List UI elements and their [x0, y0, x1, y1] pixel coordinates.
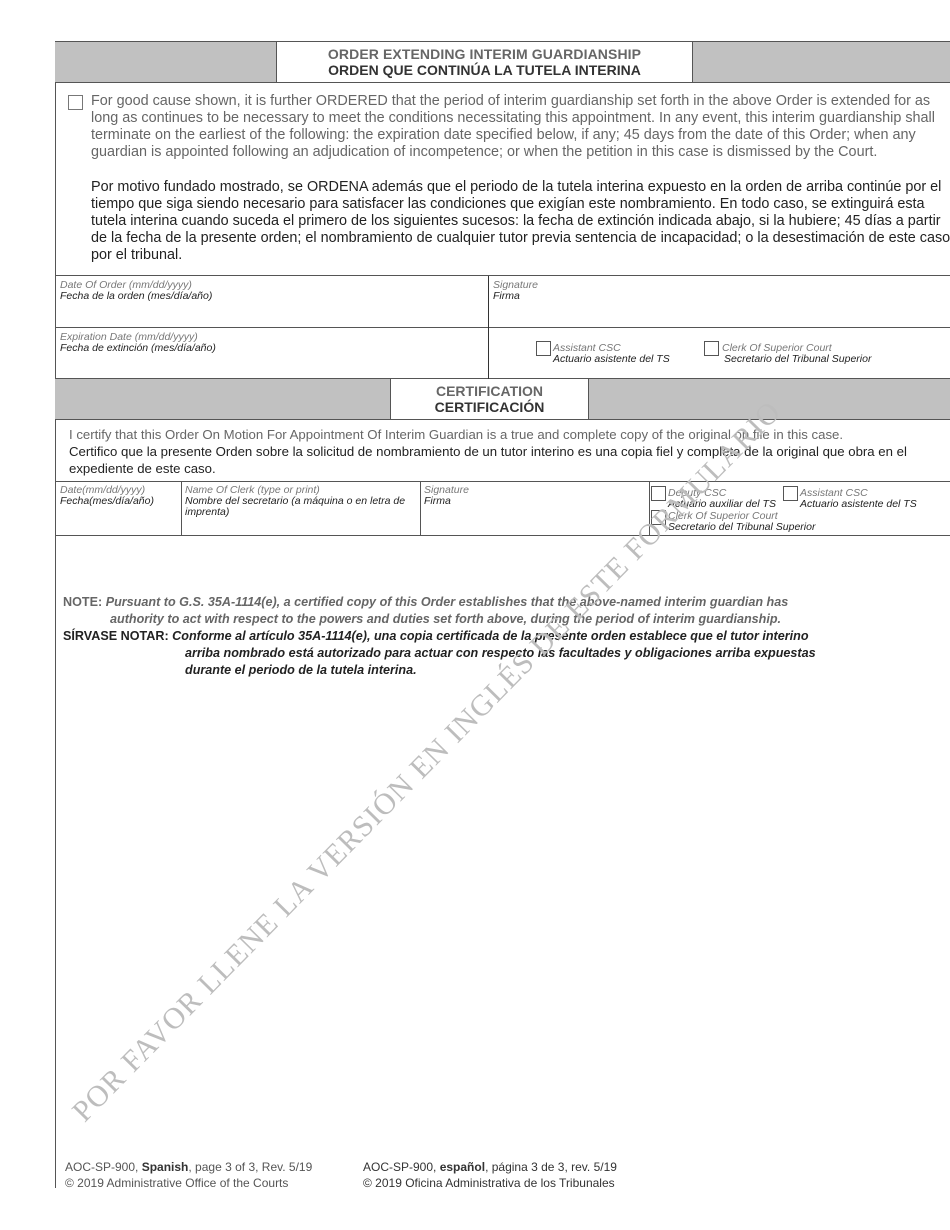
certification-title-bar: CERTIFICATION CERTIFICACIÓN — [55, 379, 950, 420]
certification-signature-field[interactable]: Signature Firma — [424, 485, 646, 533]
footer-copyright-spanish: © 2019 Oficina Administrativa de los Tri… — [363, 1175, 617, 1191]
clerk-superior-court-label: Clerk Of Superior Court Secretario del T… — [722, 343, 871, 365]
clerk-superior-court-label-spanish: Secretario del Tribunal Superior — [722, 354, 871, 365]
cert-divider-1 — [181, 482, 182, 536]
certification-statement-english: I certify that this Order On Motion For … — [69, 426, 939, 443]
certification-statement: I certify that this Order On Motion For … — [69, 426, 939, 477]
cert-assistant-csc-checkbox[interactable] — [783, 486, 798, 501]
footer-form-id-english: AOC-SP-900, Spanish, page 3 of 3, Rev. 5… — [65, 1159, 312, 1175]
order-extension-checkbox[interactable] — [68, 95, 83, 110]
cert-divider-3 — [649, 482, 650, 536]
assistant-csc-checkbox[interactable] — [536, 341, 551, 356]
order-text-english: For good cause shown, it is further ORDE… — [91, 93, 950, 161]
expiration-date-field[interactable]: Expiration Date (mm/dd/yyyy) Fecha de ex… — [60, 332, 216, 354]
cert-clerk-superior-court-label: Clerk Of Superior Court Secretario del T… — [668, 511, 815, 533]
footer-form-id-spanish: AOC-SP-900, español, página 3 de 3, rev.… — [363, 1159, 617, 1175]
note-line2-spanish: arriba nombrado está autorizado para act… — [63, 645, 943, 662]
footer-spanish: AOC-SP-900, español, página 3 de 3, rev.… — [363, 1159, 617, 1191]
assistant-csc-label-spanish: Actuario asistente del TS — [553, 354, 670, 365]
certification-date-label-spanish: Fecha(mes/día/año) — [60, 496, 178, 507]
certification-statement-spanish: Certifico que la presente Orden sobre la… — [69, 443, 939, 477]
order-text-spanish: Por motivo fundado mostrado, se ORDENA a… — [91, 179, 950, 264]
form-title: ORDER EXTENDING INTERIM GUARDIANSHIP ORD… — [276, 42, 693, 82]
certification-title-english: CERTIFICATION — [391, 383, 588, 399]
footer-copyright-english: © 2019 Administrative Office of the Cour… — [65, 1175, 312, 1191]
certification-signature-label-english: Signature — [424, 485, 646, 496]
signature-label-spanish: Firma — [493, 291, 943, 302]
cert-divider-2 — [420, 482, 421, 536]
cert-assistant-csc-label: Assistant CSC Actuario asistente del TS — [800, 488, 917, 510]
form-title-spanish: ORDEN QUE CONTINÚA LA TUTELA INTERINA — [277, 62, 692, 78]
form-title-bar: ORDER EXTENDING INTERIM GUARDIANSHIP ORD… — [55, 41, 950, 83]
form-title-english: ORDER EXTENDING INTERIM GUARDIANSHIP — [277, 46, 692, 62]
certification-date-field[interactable]: Date(mm/dd/yyyy) Fecha(mes/día/año) — [60, 485, 178, 507]
cert-assistant-csc-label-spanish: Actuario asistente del TS — [800, 499, 917, 510]
deputy-csc-label: Deputy CSC Actuario auxiliar del TS — [668, 488, 776, 510]
clerk-name-field[interactable]: Name Of Clerk (type or print) Nombre del… — [185, 485, 419, 518]
certification-title-spanish: CERTIFICACIÓN — [391, 399, 588, 415]
note-line1-spanish: Conforme al artículo 35A-1114(e), una co… — [172, 629, 808, 643]
note-line2-english: authority to act with respect to the pow… — [63, 611, 943, 628]
order-extension-section: For good cause shown, it is further ORDE… — [55, 83, 950, 276]
footer-english: AOC-SP-900, Spanish, page 3 of 3, Rev. 5… — [65, 1159, 312, 1191]
legal-note-spanish: SÍRVASE NOTAR: Conforme al artículo 35A-… — [63, 628, 943, 679]
note-line3-spanish: durante el periodo de la tutela interina… — [63, 662, 943, 679]
cert-clerk-superior-court-checkbox[interactable] — [651, 510, 666, 525]
deputy-csc-label-spanish: Actuario auxiliar del TS — [668, 499, 776, 510]
expiration-role-row: Expiration Date (mm/dd/yyyy) Fecha de ex… — [55, 328, 950, 379]
clerk-name-label-spanish: Nombre del secretario (a máquina o en le… — [185, 496, 419, 518]
signature-label-english: Signature — [493, 280, 943, 291]
note-lead-spanish: SÍRVASE NOTAR: — [63, 629, 169, 643]
legal-note-english: NOTE: Pursuant to G.S. 35A-1114(e), a ce… — [63, 594, 943, 628]
legal-note: NOTE: Pursuant to G.S. 35A-1114(e), a ce… — [63, 594, 943, 679]
signature-field[interactable]: Signature Firma — [493, 280, 943, 324]
cert-clerk-superior-court-label-spanish: Secretario del Tribunal Superior — [668, 522, 815, 533]
deputy-csc-checkbox[interactable] — [651, 486, 666, 501]
column-divider — [488, 276, 489, 379]
note-lead-english: NOTE: — [63, 595, 102, 609]
clerk-superior-court-checkbox[interactable] — [704, 341, 719, 356]
expiration-date-label-spanish: Fecha de extinción (mes/día/año) — [60, 343, 216, 354]
date-signature-row: Date Of Order (mm/dd/yyyy) Fecha de la o… — [55, 276, 950, 328]
certification-signature-label-spanish: Firma — [424, 496, 646, 507]
date-of-order-label-spanish: Fecha de la orden (mes/día/año) — [60, 291, 212, 302]
note-line1-english: Pursuant to G.S. 35A-1114(e), a certifie… — [106, 595, 789, 609]
certification-title: CERTIFICATION CERTIFICACIÓN — [390, 379, 589, 419]
assistant-csc-label: Assistant CSC Actuario asistente del TS — [553, 343, 670, 365]
certification-fields-row: Date(mm/dd/yyyy) Fecha(mes/día/año) Name… — [55, 481, 950, 536]
date-of-order-field[interactable]: Date Of Order (mm/dd/yyyy) Fecha de la o… — [60, 280, 212, 302]
